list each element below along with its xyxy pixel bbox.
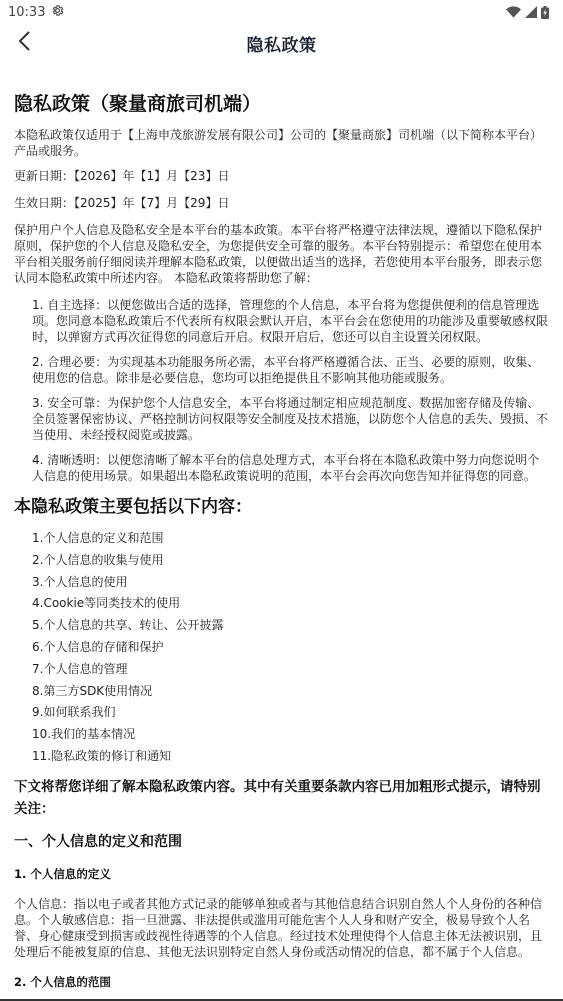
principle-item: 3. 安全可靠：为保护您个人信息安全，本平台将通过制定相应规范制度、数据加密存储…: [32, 395, 549, 443]
principle-item: 2. 合理必要：为实现基本功能服务所必需，本平台将严格遵循合法、正当、必要的原则…: [32, 354, 549, 386]
toc-item: 9.如何联系我们: [32, 704, 549, 720]
nav-bar: 隐私政策: [0, 24, 563, 62]
toc-item: 5.个人信息的共享、转让、公开披露: [32, 617, 549, 633]
settings-gear-icon: [51, 4, 64, 21]
updated-date: 更新日期：【2026】年【1】月【23】日: [14, 168, 549, 184]
signal-icon: [525, 6, 537, 18]
principle-item: 1. 自主选择：以便您做出合适的选择，管理您的个人信息，本平台将为您提供便利的信…: [32, 297, 549, 345]
battery-charging-icon: [541, 6, 549, 19]
toc-item: 7.个人信息的管理: [32, 661, 549, 677]
wifi-icon: [506, 6, 521, 18]
important-note: 下文将帮您详细了解本隐私政策内容。其中有关重要条款内容已用加粗形式提示，请特别关…: [14, 776, 549, 820]
effective-date: 生效日期：【2025】年【7】月【29】日: [14, 195, 549, 211]
intro-paragraph: 保护用户个人信息及隐私安全是本平台的基本政策。本平台将严格遵守法律法规，遵循以下…: [14, 222, 549, 286]
section1-sub1-body: 个人信息：指以电子或者其他方式记录的能够单独或者与其他信息结合识别自然人个人身份…: [14, 896, 549, 960]
applies-to-text: 本隐私政策仅适用于【上海申茂旅游发展有限公司】公司的【聚量商旅】司机端（以下简称…: [14, 127, 549, 159]
toc-item: 11.隐私政策的修订和通知: [32, 748, 549, 764]
policy-content: 隐私政策（聚量商旅司机端） 本隐私政策仅适用于【上海申茂旅游发展有限公司】公司的…: [14, 88, 549, 990]
toc-item: 2.个人信息的收集与使用: [32, 552, 549, 568]
back-button[interactable]: [12, 28, 36, 58]
section1-sub2-heading: 2. 个人信息的范围: [14, 974, 549, 990]
status-time: 10:33: [8, 5, 45, 20]
toc-item: 1.个人信息的定义和范围: [32, 530, 549, 546]
toc-item: 4.Cookie等同类技术的使用: [32, 595, 549, 611]
toc-heading: 本隐私政策主要包括以下内容：: [14, 493, 549, 521]
principles-list: 1. 自主选择：以便您做出合适的选择，管理您的个人信息，本平台将为您提供便利的信…: [14, 297, 549, 484]
status-left: 10:33: [8, 4, 64, 21]
principle-item: 4. 清晰透明：以便您清晰了解本平台的信息处理方式，本平台将在本隐私政策中努力向…: [32, 452, 549, 484]
toc-item: 6.个人信息的存储和保护: [32, 639, 549, 655]
document-title: 隐私政策（聚量商旅司机端）: [14, 88, 549, 120]
status-right: [506, 6, 549, 19]
toc-item: 3.个人信息的使用: [32, 574, 549, 590]
toc-item: 8.第三方SDK使用情况: [32, 683, 549, 699]
page-title: 隐私政策: [247, 31, 317, 56]
section1-heading: 一、个人信息的定义和范围: [14, 832, 549, 852]
section1-sub1-heading: 1. 个人信息的定义: [14, 866, 549, 882]
status-bar: 10:33: [0, 0, 563, 24]
toc-list: 1.个人信息的定义和范围 2.个人信息的收集与使用 3.个人信息的使用 4.Co…: [14, 530, 549, 764]
chevron-left-icon: [17, 30, 31, 56]
toc-item: 10.我们的基本情况: [32, 726, 549, 742]
